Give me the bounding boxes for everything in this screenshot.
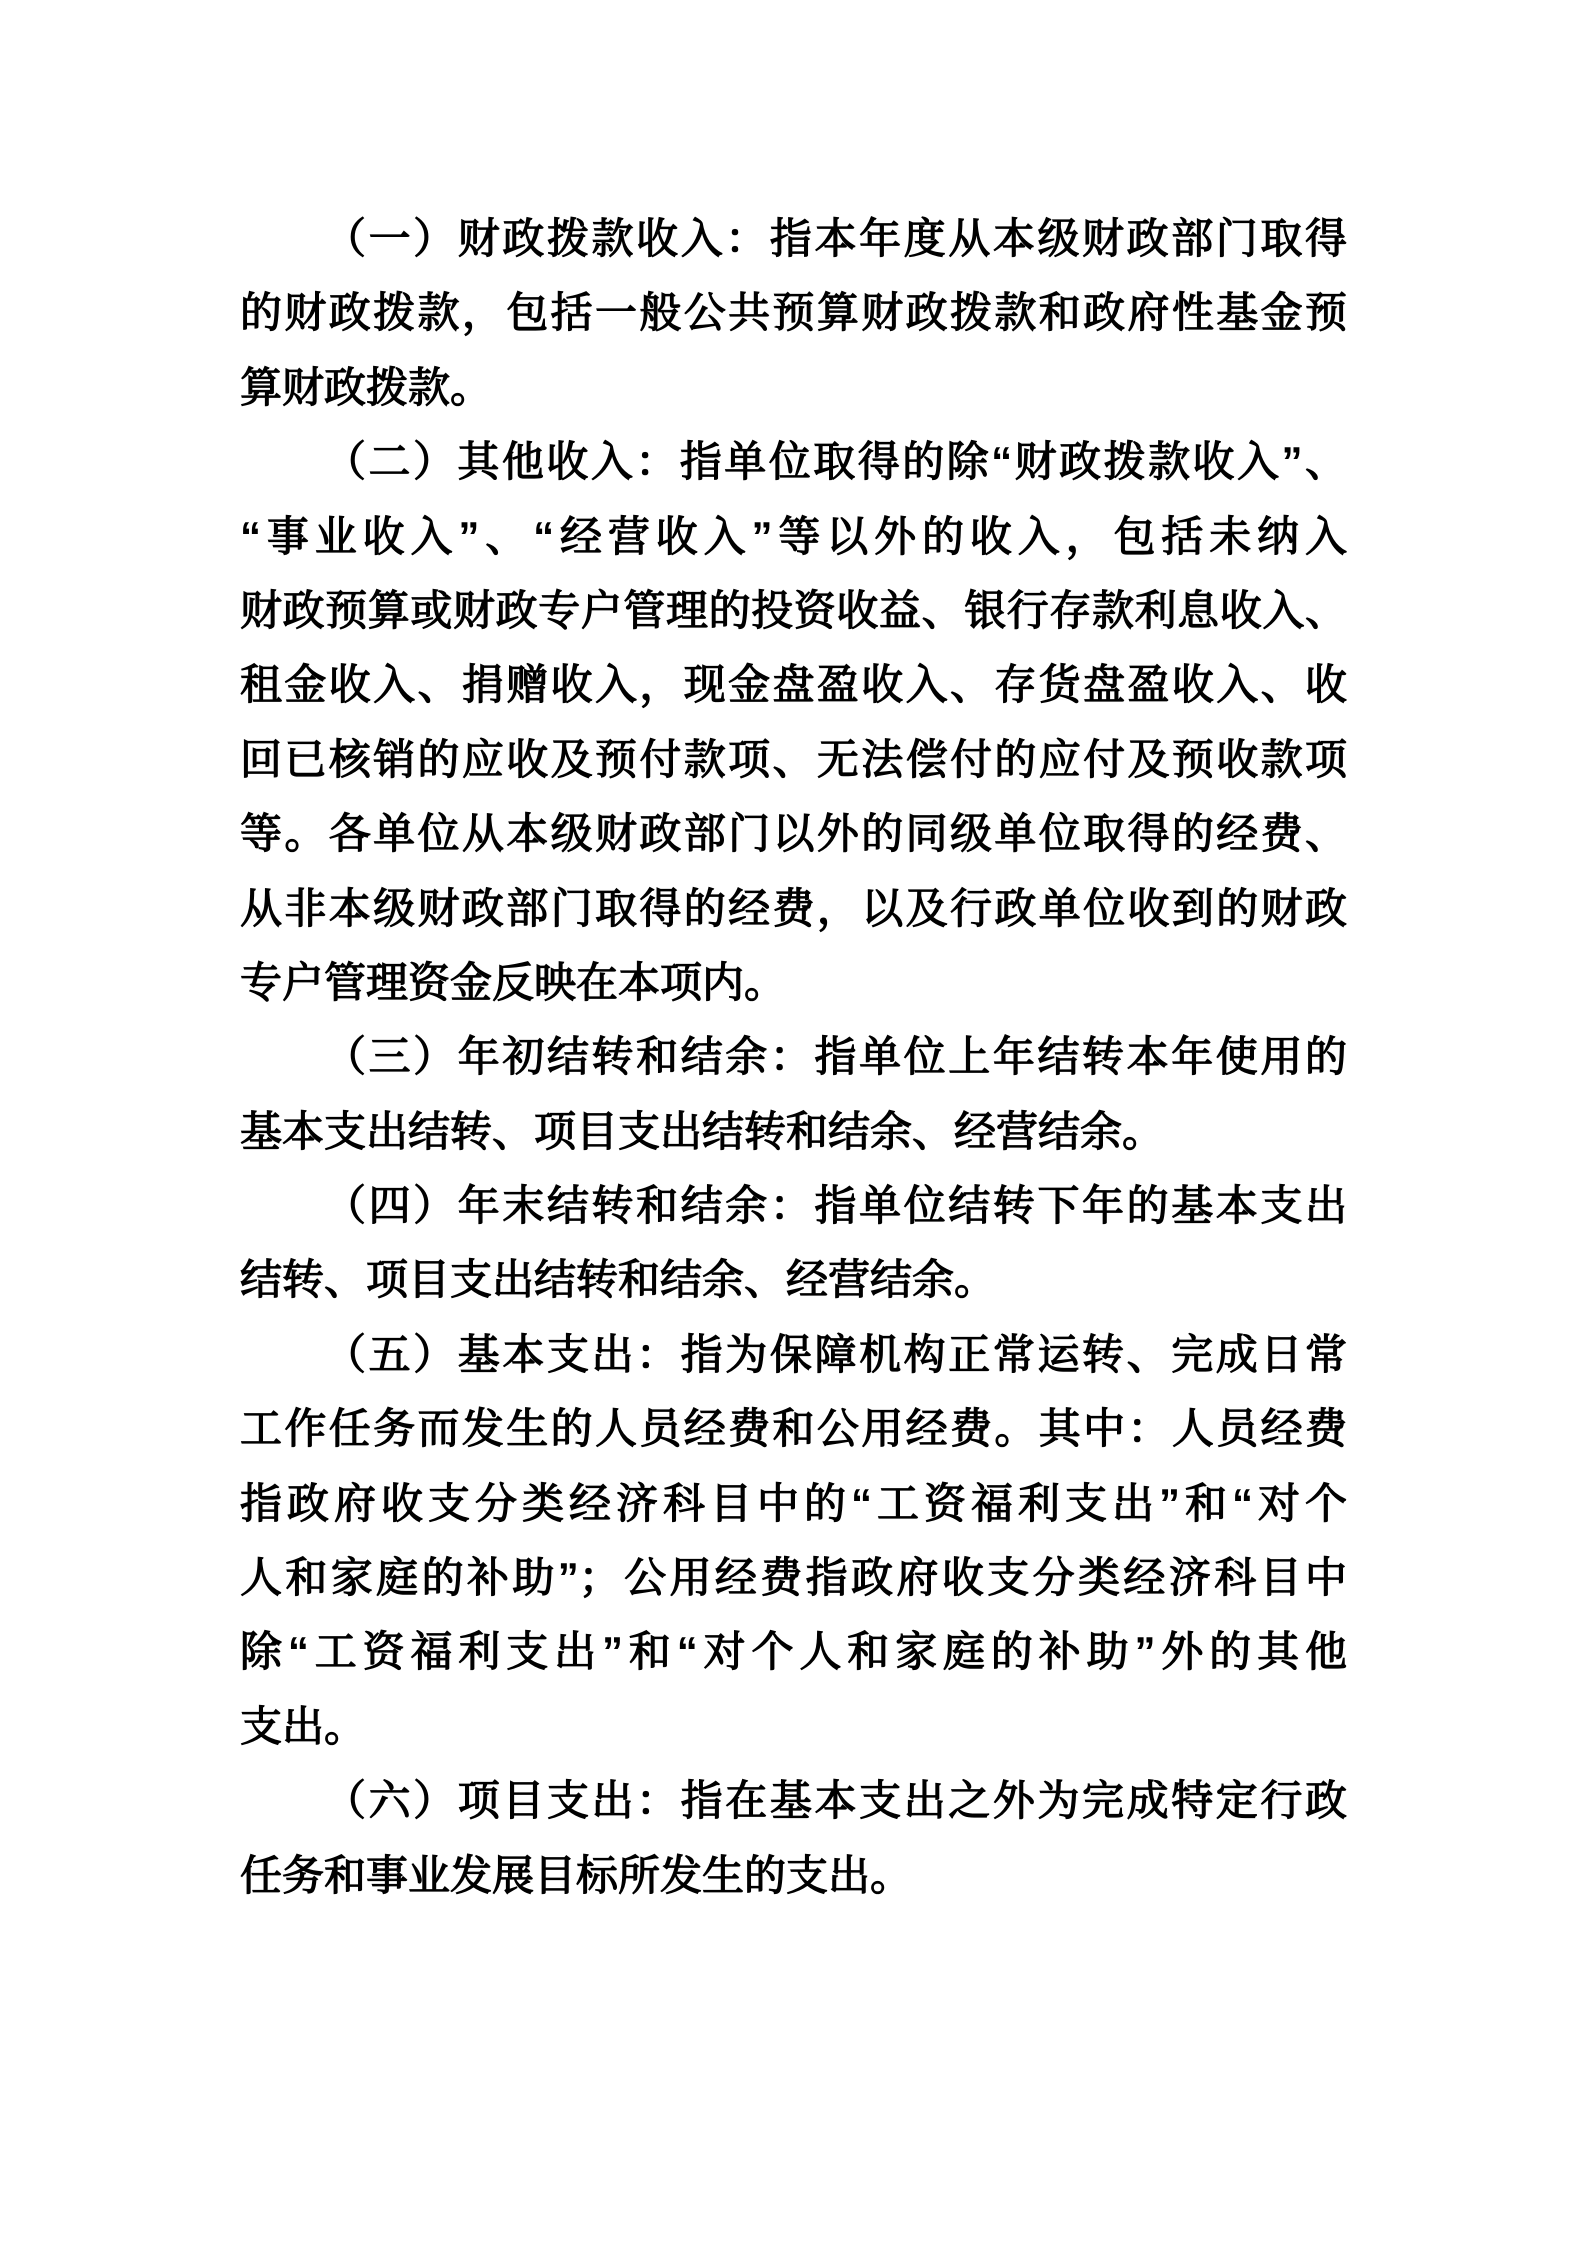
text-line: 从非本级财政部门取得的经费，以及行政单位收到的财政 [240,872,1347,946]
text-line: （六）项目支出：指在基本支出之外为完成特定行政 [240,1764,1347,1838]
text-line: （二）其他收入：指单位取得的除“财政拨款收入”、 [240,425,1347,499]
text-line: 任务和事业发展目标所发生的支出。 [240,1839,1347,1913]
text-line: 专户管理资金反映在本项内。 [240,946,1347,1020]
text-line: （一）财政拨款收入：指本年度从本级财政部门取得 [240,202,1347,276]
text-line: 等。各单位从本级财政部门以外的同级单位取得的经费、 [240,797,1347,871]
document-body: （一）财政拨款收入：指本年度从本级财政部门取得的财政拨款，包括一般公共预算财政拨… [240,202,1347,1913]
document-page: （一）财政拨款收入：指本年度从本级财政部门取得的财政拨款，包括一般公共预算财政拨… [0,0,1587,2245]
text-line: 的财政拨款，包括一般公共预算财政拨款和政府性基金预 [240,276,1347,350]
text-line: 算财政拨款。 [240,351,1347,425]
text-line: 支出。 [240,1690,1347,1764]
text-line: 回已核销的应收及预付款项、无法偿付的应付及预收款项 [240,723,1347,797]
text-line: （三）年初结转和结余：指单位上年结转本年使用的 [240,1020,1347,1094]
text-line: 租金收入、捐赠收入，现金盘盈收入、存货盘盈收入、收 [240,648,1347,722]
text-line: 基本支出结转、项目支出结转和结余、经营结余。 [240,1095,1347,1169]
text-line: （五）基本支出：指为保障机构正常运转、完成日常 [240,1318,1347,1392]
text-line: 人和家庭的补助”；公用经费指政府收支分类经济科目中 [240,1541,1347,1615]
text-line: 工作任务而发生的人员经费和公用经费。其中：人员经费 [240,1392,1347,1466]
text-line: 指政府收支分类经济科目中的“工资福利支出”和“对个 [240,1467,1347,1541]
text-line: 结转、项目支出结转和结余、经营结余。 [240,1243,1347,1317]
text-line: 财政预算或财政专户管理的投资收益、银行存款利息收入、 [240,574,1347,648]
text-line: 除“工资福利支出”和“对个人和家庭的补助”外的其他 [240,1615,1347,1689]
text-line: （四）年末结转和结余：指单位结转下年的基本支出 [240,1169,1347,1243]
text-line: “事业收入”、“经营收入”等以外的收入，包括未纳入 [240,500,1347,574]
